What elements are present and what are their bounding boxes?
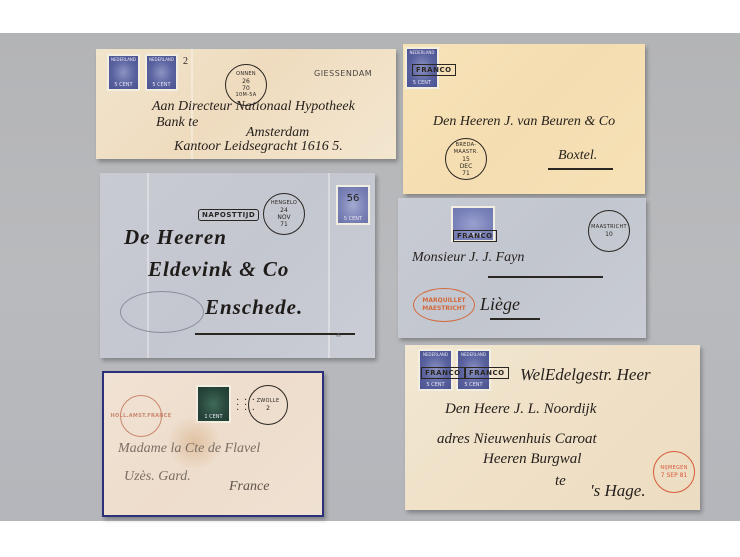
- address-line-2: Bank te: [156, 115, 198, 131]
- cover-giessendam: NEDERLAND5 CENT NEDERLAND5 CENT 2 ONNEN …: [96, 49, 396, 159]
- address-line-3: France: [229, 479, 269, 495]
- franco-box-cancel-2: FRANCO: [465, 367, 509, 379]
- stamp-blue-1: NEDERLAND5 CENT: [107, 54, 140, 91]
- oval-cachet-red: MARQUILLET MAESTRICHT: [413, 288, 475, 322]
- address-line-3: adres Nieuwenhuis Caroat: [437, 431, 597, 448]
- address-underline: [490, 318, 540, 320]
- name-cancel-giessendam: GIESSENDAM: [314, 69, 372, 78]
- address-underline: [488, 276, 603, 278]
- grey-display-board: NEDERLAND5 CENT NEDERLAND5 CENT 2 ONNEN …: [0, 33, 740, 521]
- address-line-4: Heeren Burgwal: [483, 451, 581, 468]
- postmark-hengelo: HENGELO 24 NOV 71: [263, 193, 305, 235]
- pencil-notation: ⁂: [336, 333, 341, 339]
- address-line-6: 's Hage.: [590, 481, 646, 501]
- franco-box-cancel-1: FRANCO: [421, 367, 465, 379]
- address-line-1: Monsieur J. J. Fayn: [412, 250, 524, 266]
- naposttijd-box-cancel: NAPOSTTIJD: [198, 209, 259, 221]
- red-postmark: HOLL.AMST.FRANCE: [120, 395, 162, 437]
- address-line-2: Den Heere J. L. Noordijk: [445, 401, 596, 418]
- stamp-blue-numeral-56: 56 5 CENT: [336, 185, 370, 225]
- red-postmark-nijmegen: NIJMEGEN 7 SEP 81: [653, 451, 695, 493]
- address-line-3: Enschede.: [205, 295, 303, 320]
- fold-line: [328, 173, 330, 358]
- address-line-1: Aan Directeur Nationaal Hypotheek: [152, 99, 355, 115]
- stamp-blue-2: NEDERLAND5 CENT: [145, 54, 178, 91]
- address-line-2: Eldevink & Co: [148, 257, 289, 282]
- dotted-numeral-cancel: 2: [183, 59, 189, 64]
- address-line-2: Liège: [480, 294, 520, 315]
- address-underline: [195, 333, 355, 335]
- postmark-circular: ZWOLLE 2: [248, 385, 288, 425]
- cover-s-hage: NEDERLAND5 CENT NEDERLAND5 CENT FRANCO F…: [405, 345, 700, 510]
- cover-enschede: NAPOSTTIJD HENGELO 24 NOV 71 56 5 CENT D…: [100, 173, 375, 358]
- postmark-breda-maastricht: BREDA-MAASTR. 15 DEC 71: [445, 138, 487, 180]
- cover-mourning-france: HOLL.AMST.FRANCE 1 CENT · · ·· ·· · · ZW…: [102, 371, 324, 517]
- cover-liege: 5 CENT FRANCO MAASTRICHT 10 Monsieur J. …: [398, 198, 646, 338]
- address-underline: [548, 168, 613, 170]
- address-line-5: te: [555, 473, 566, 490]
- faint-oval-cachet: [120, 291, 204, 333]
- stamp-green: 1 CENT: [196, 385, 231, 423]
- postmark-maastricht: MAASTRICHT 10: [588, 210, 630, 252]
- cover-boxtel: NEDERLAND5 CENT FRANCO Den Heeren J. van…: [403, 44, 645, 194]
- address-line-1: Den Heeren J. van Beuren & Co: [433, 114, 615, 130]
- franco-box-cancel: FRANCO: [453, 230, 497, 242]
- address-line-1: Madame la Cte de Flavel: [118, 441, 260, 457]
- franco-box-cancel: FRANCO: [412, 64, 456, 76]
- address-line-1: De Heeren: [124, 225, 227, 250]
- address-line-1: WelEdelgestr. Heer: [520, 365, 651, 385]
- address-line-2: Uzès. Gard.: [124, 469, 191, 485]
- address-line-2: Boxtel.: [558, 148, 597, 164]
- address-line-4: Kantoor Leidsegracht 1616 5.: [174, 139, 343, 155]
